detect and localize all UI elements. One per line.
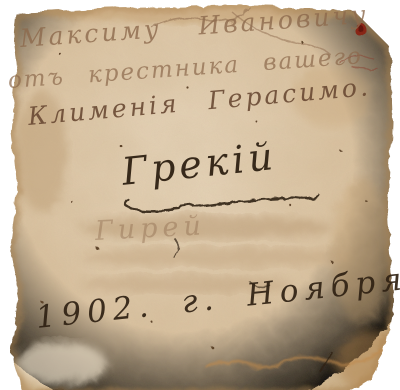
- aged-note-photo: Максиму Ивановичу отъ крестника вашего К…: [0, 0, 400, 390]
- handwriting-layer: Максиму Ивановичу отъ крестника вашего К…: [0, 0, 400, 390]
- handwriting-line-surname: Грекій: [120, 134, 279, 194]
- handwriting-line-date: 1902. г. Ноября: [34, 261, 400, 336]
- handwriting-line-faint-word: Гирей: [94, 210, 206, 247]
- handwriting-line-recipient-1: Максиму Ивановичу: [19, 0, 369, 53]
